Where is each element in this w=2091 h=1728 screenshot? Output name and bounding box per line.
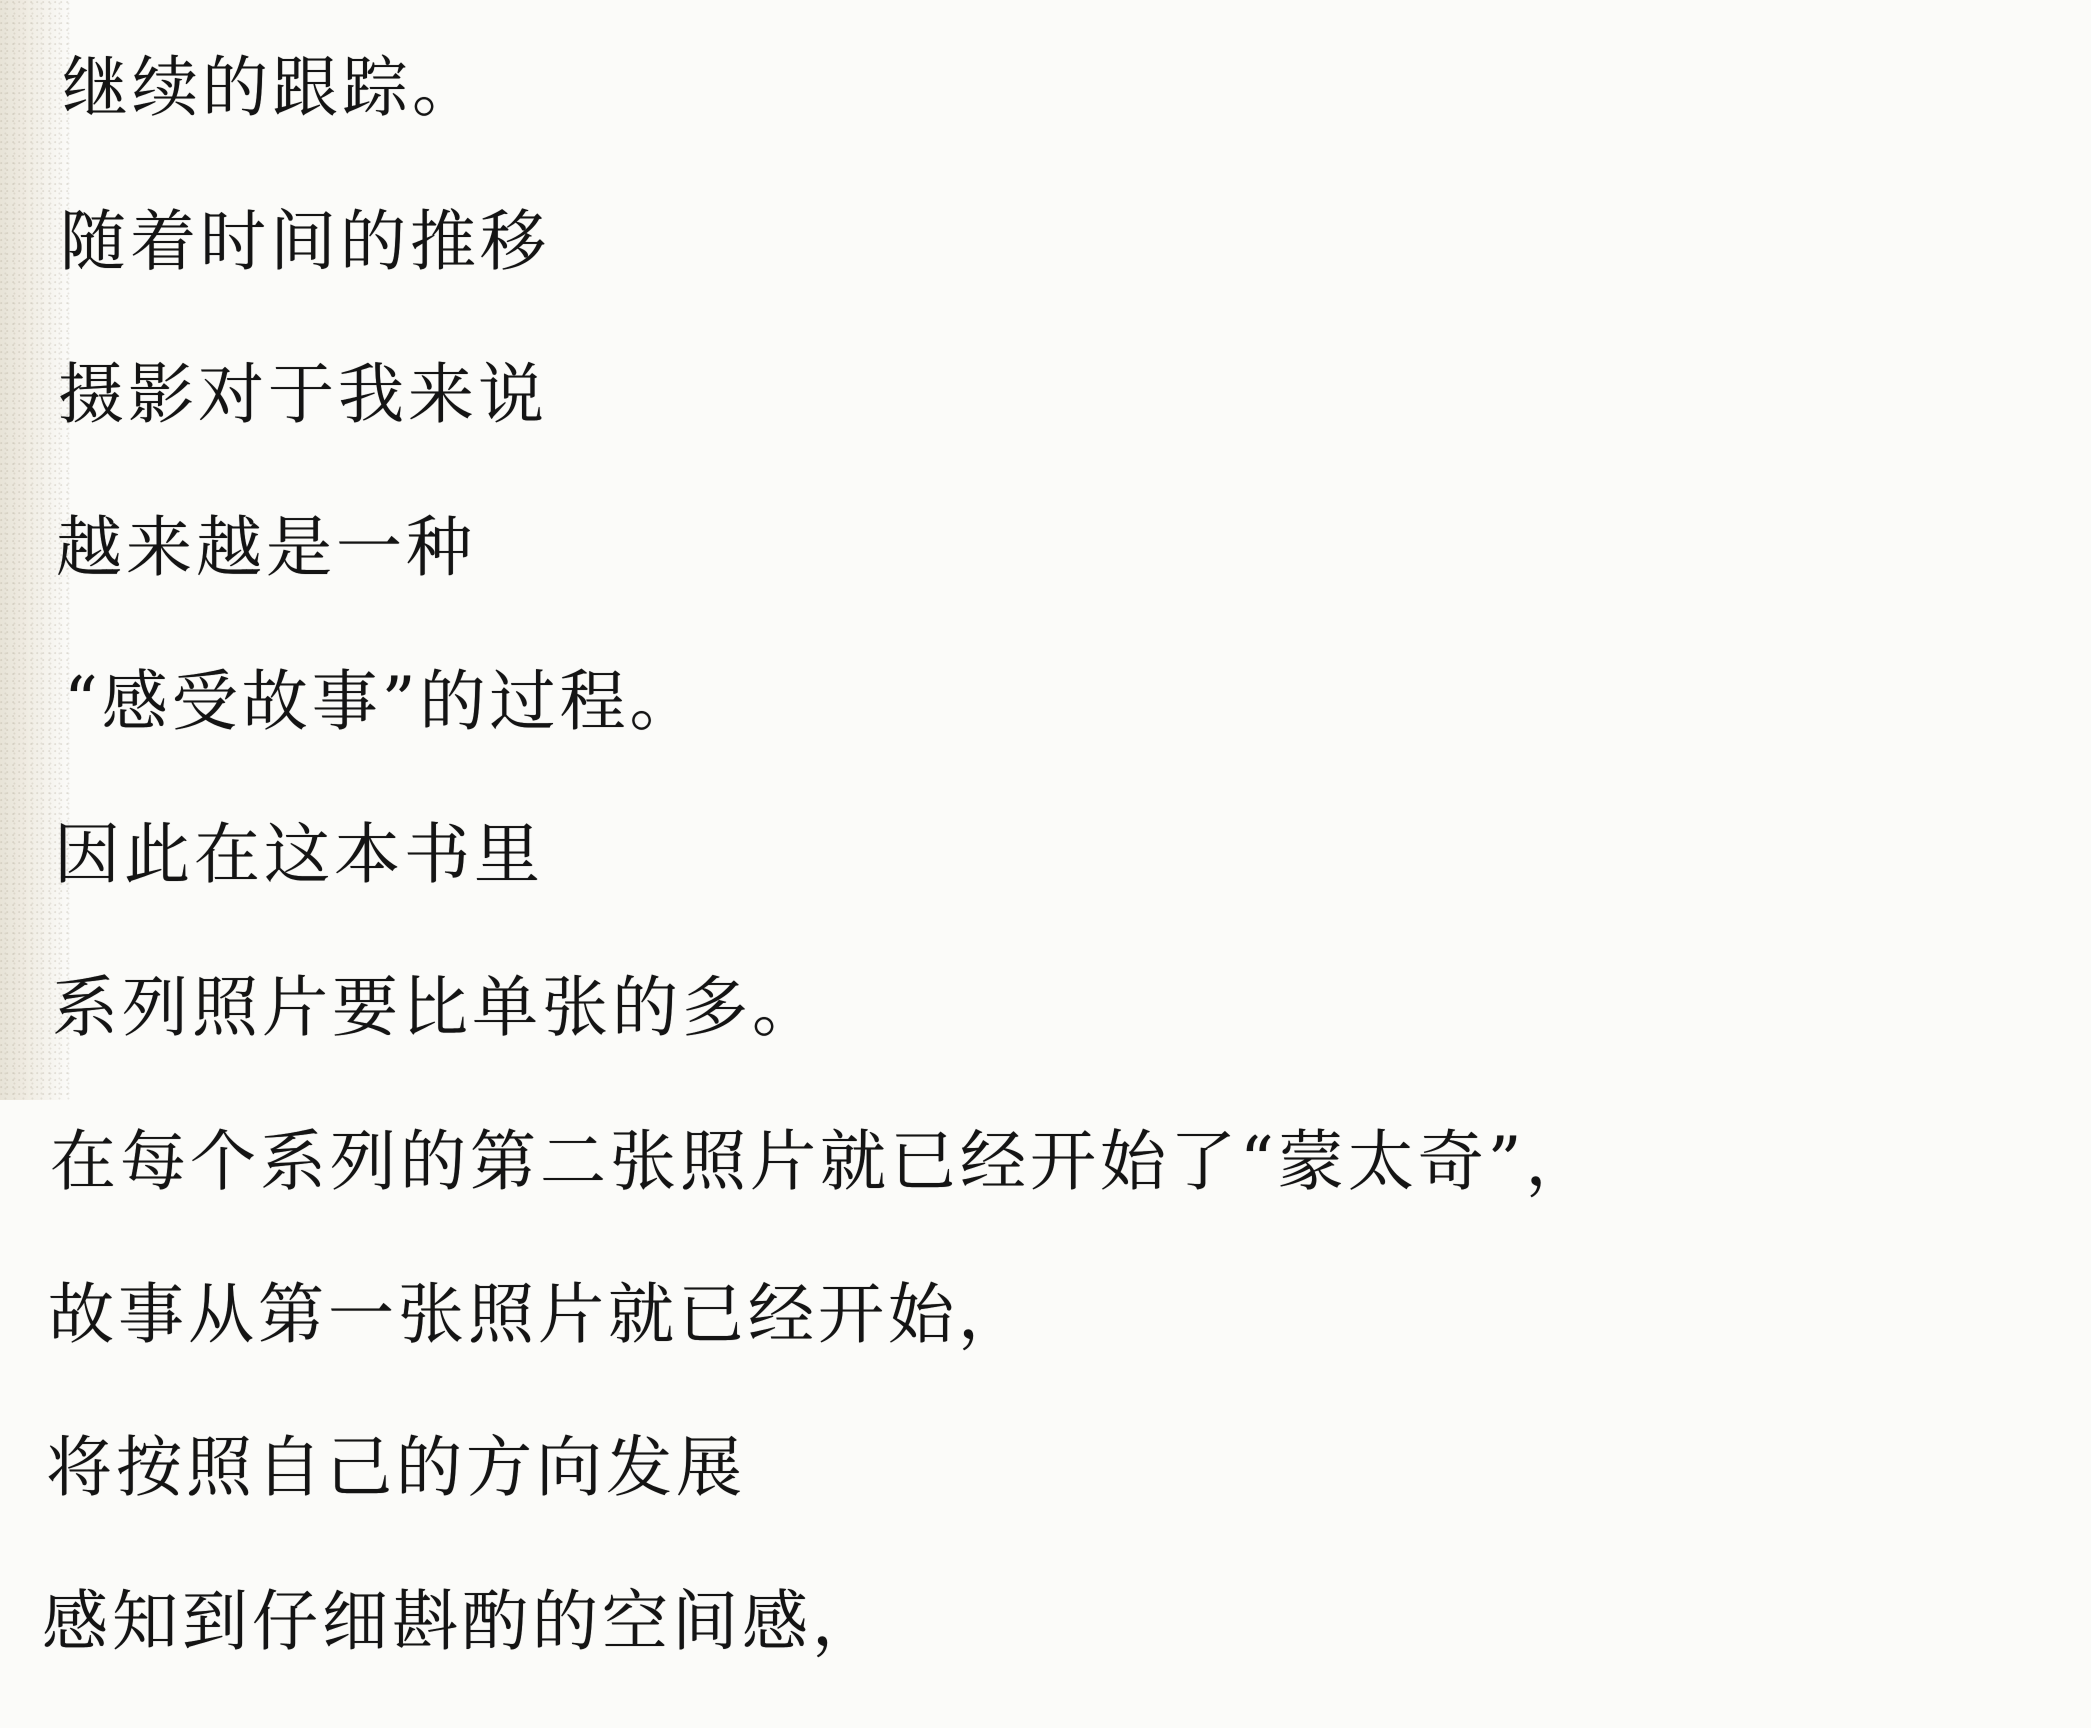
- text-line: 继续的跟踪。: [62, 48, 482, 128]
- text-line: 故事从第一张照片就已经开始，: [48, 1275, 1028, 1355]
- text-line: 摄影对于我来说: [58, 355, 548, 435]
- text-line: 在每个系列的第二张照片就已经开始了“蒙太奇”，: [50, 1122, 1595, 1202]
- text-line: 因此在这本书里: [54, 815, 544, 895]
- text-line: “感受故事”的过程。: [64, 662, 699, 742]
- text-line: 感知到仔细斟酌的空间感，: [42, 1582, 882, 1662]
- text-line: 将按照自己的方向发展: [46, 1428, 746, 1508]
- text-line: 随着时间的推移: [60, 202, 550, 282]
- text-line: 系列照片要比单张的多。: [52, 968, 822, 1048]
- text-line: 越来越是一种: [56, 508, 476, 588]
